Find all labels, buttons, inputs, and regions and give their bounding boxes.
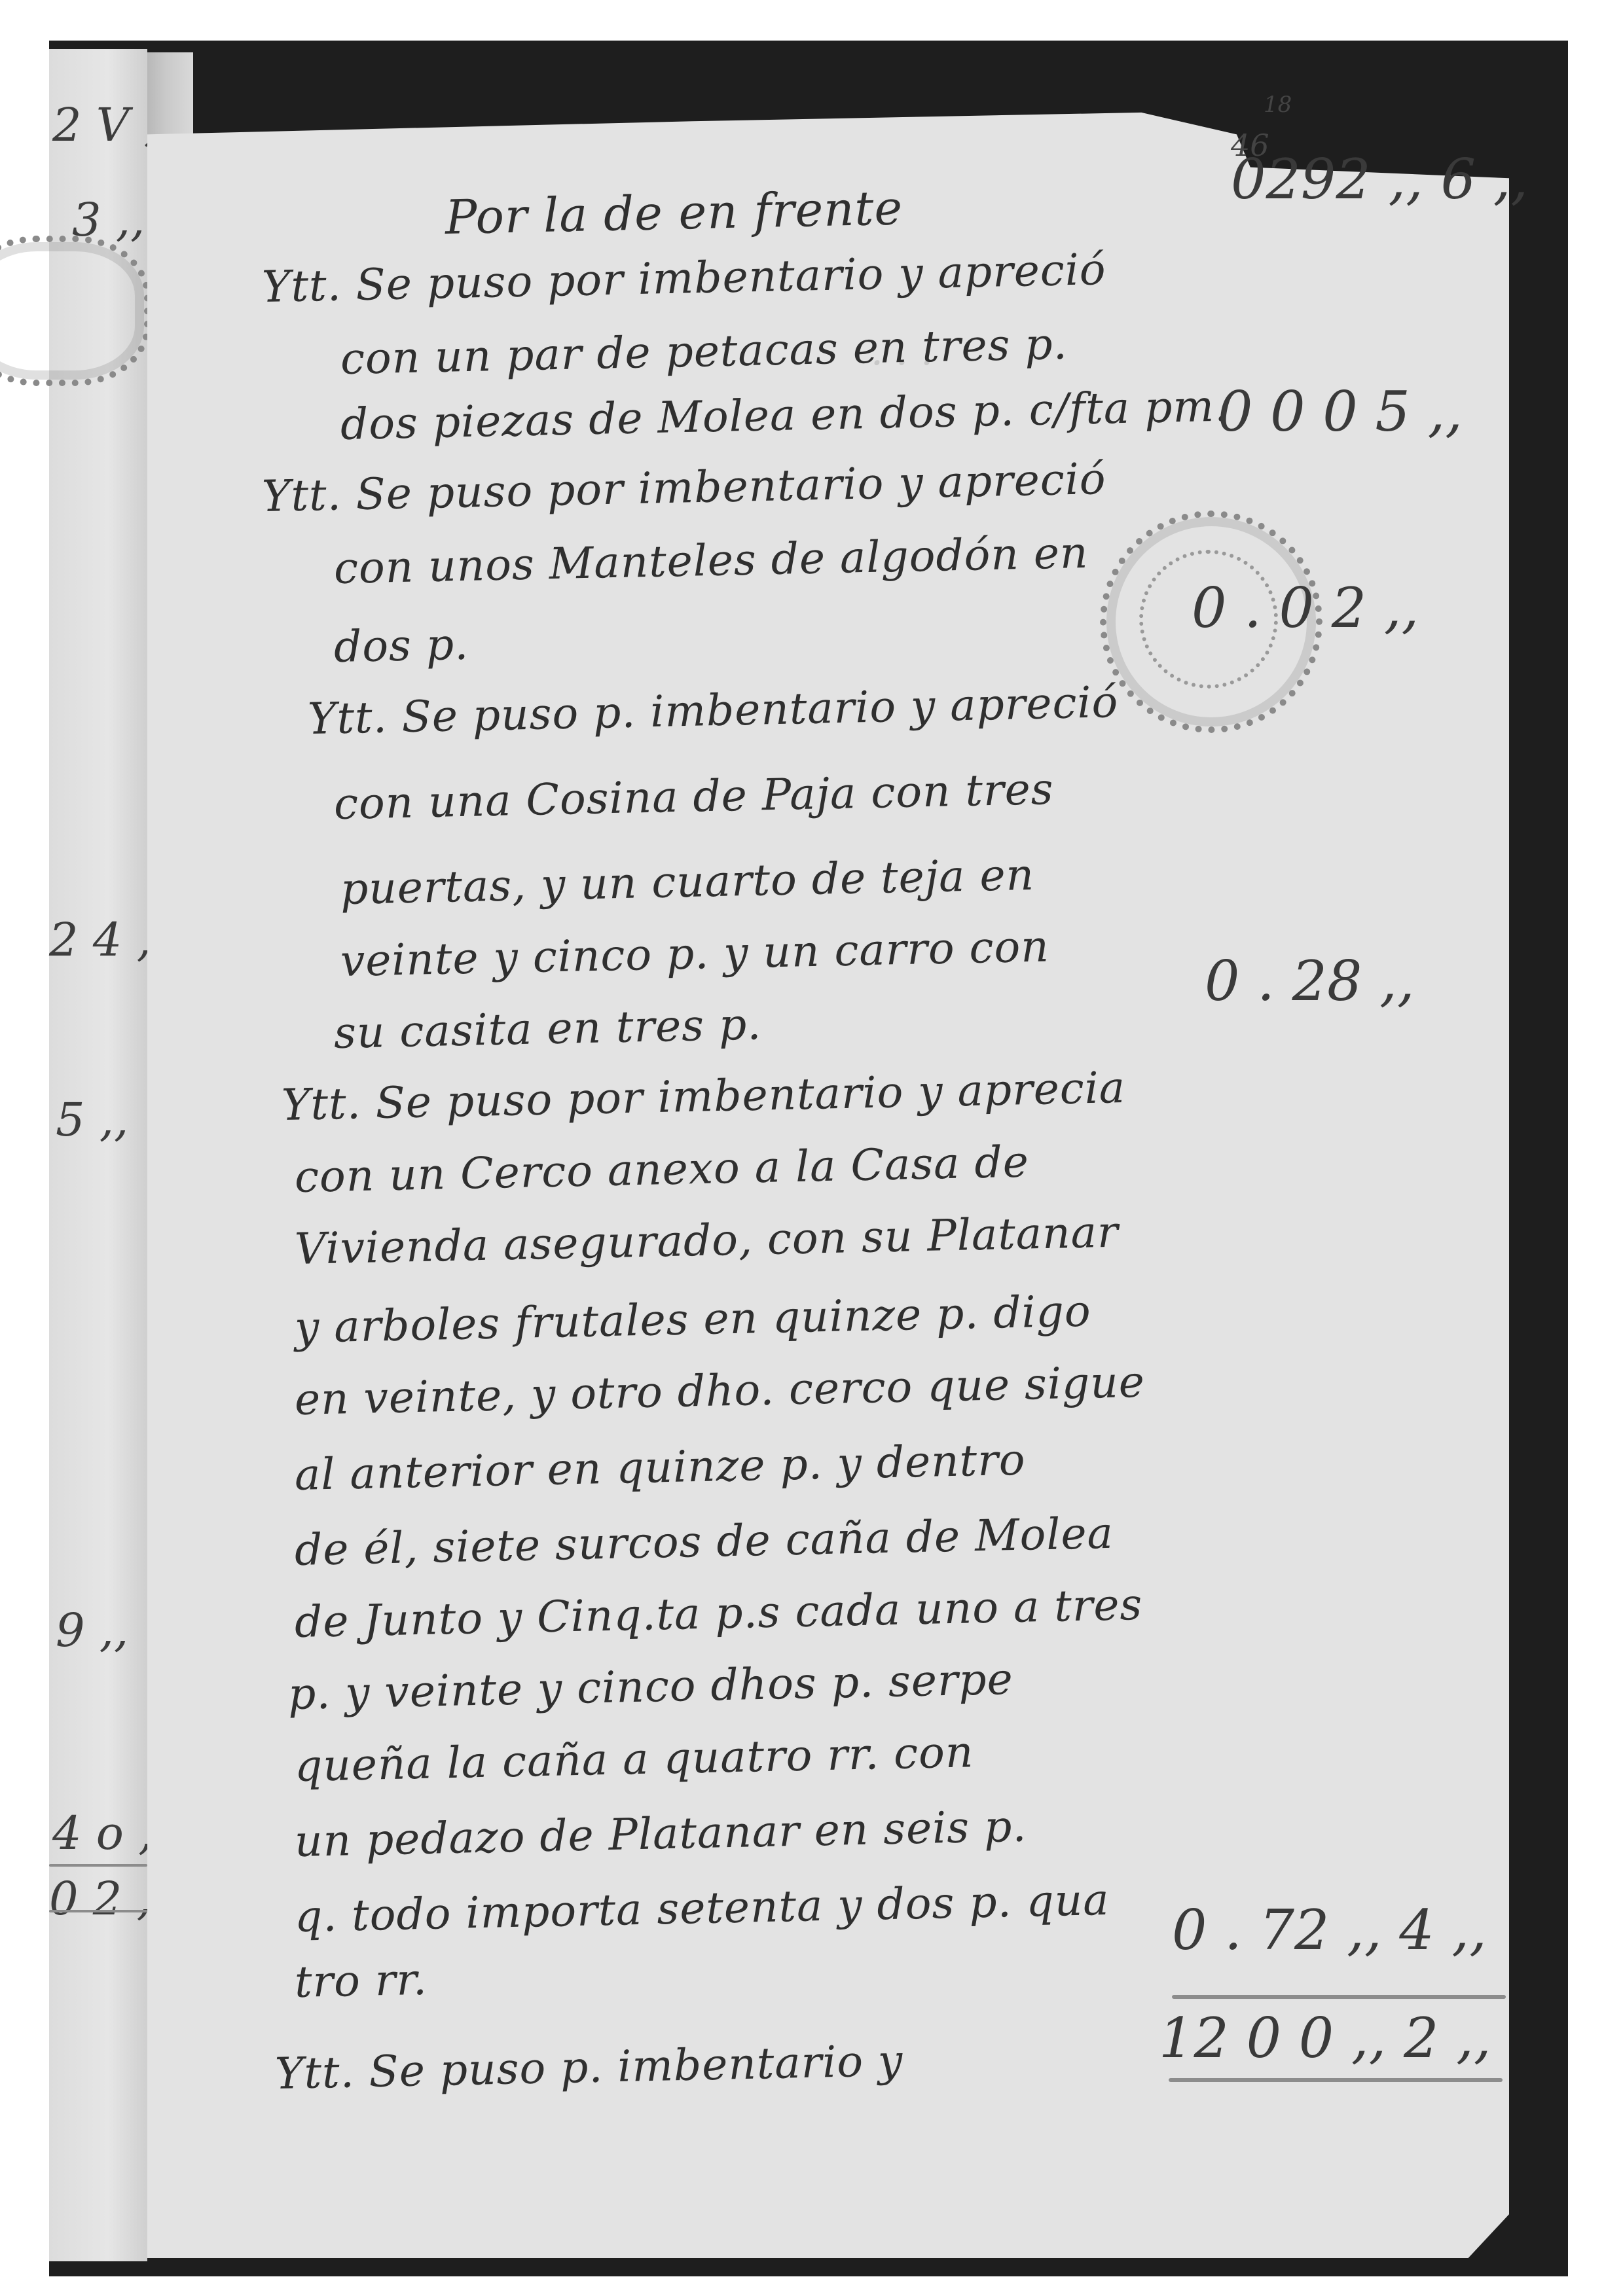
entry-4-amount: 0 . 72 ,, 4 ,, [1172,1898,1487,1962]
header-line: Por la de en frente [445,180,903,245]
entry-2-line-3: dos p. [333,619,469,672]
subtotal-amount: 12 0 0 ,, 2 ,, [1159,2006,1491,2070]
corner-mark: 18 [1264,92,1292,118]
margin-rule [49,1910,147,1912]
margin-rule [49,1864,147,1867]
left-page-stamp [0,236,151,386]
entry-3-line-5: su casita en tres p. [333,999,762,1058]
entry-4-line-13: tro rr. [294,1954,428,2007]
header-amount: 0292 ,, 6 ,, [1231,147,1528,211]
margin-amount: 9 ,, [56,1604,128,1657]
subtotal-rule-top [1172,1995,1506,1999]
entry-1-amount: 0 0 0 5 ,, [1218,380,1463,444]
entry-2-amount: 0 . 0 2 ,, [1192,576,1419,640]
subtotal-rule-bottom [1169,2078,1503,2082]
margin-amount: 5 ,, [56,1093,128,1147]
entry-3-amount: 0 . 28 ,, [1205,949,1415,1013]
